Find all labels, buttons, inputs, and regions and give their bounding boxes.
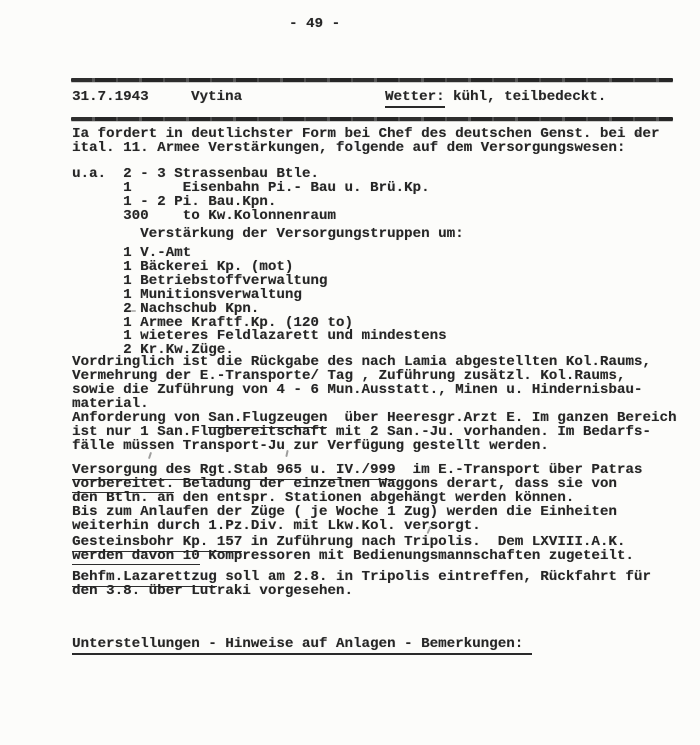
paragraph-vordringlich: Vordringlich ist die Rückgabe des nach L…	[72, 356, 651, 412]
text-line: den 3.8. über Lutraki vorgesehen.	[72, 585, 651, 599]
text-line: Verstärkung der Versorgungstruppen um:	[72, 228, 464, 242]
underlined-text: Unterstellungen - Hinweise auf Anlagen -…	[72, 636, 532, 655]
scanned-document-page: - 49 - 31.7.1943 Vytina Wetter: kühl, te…	[0, 0, 700, 745]
text-line: 300 to Kw.Kolonnenraum	[72, 210, 430, 224]
header-rule-bottom	[71, 117, 673, 121]
text-line: sowie die Zuführung von 4 - 6 Mun.Aussta…	[72, 384, 651, 398]
weather-value: kühl, teilbedeckt.	[453, 91, 606, 105]
paragraph-anforderung-san-flugzeuge: Anforderung von San.Flugzeugen über Heer…	[72, 412, 677, 454]
header-rule-top	[71, 78, 673, 82]
text-segment: 300 to Kw.Kolonnenraum	[72, 208, 336, 224]
text-segment: fälle müssen Transport-Ju zur Verfügung …	[72, 438, 549, 454]
list-versorgungstruppen: 1 V.-Amt 1 Bäckerei Kp. (mot) 1 Betriebs…	[72, 247, 447, 358]
paragraph-lazarettzug: Behfm.Lazarettzug soll am 2.8. in Tripol…	[72, 571, 651, 599]
underlined-text: werden davon 10	[72, 548, 200, 566]
text-segment: weiterhin durch 1.Pz.Div. mit Lkw.Kol. v…	[72, 518, 481, 534]
text-line: fälle müssen Transport-Ju zur Verfügung …	[72, 440, 677, 454]
paragraph-gesteinsbohr-kp: Gesteinsbohr Kp. 157 in Zuführung nach T…	[72, 536, 634, 564]
scan-artifact	[636, 132, 639, 136]
scan-artifact	[131, 310, 136, 312]
text-line: weiterhin durch 1.Pz.Div. mit Lkw.Kol. v…	[72, 520, 642, 534]
footer-unterstellungen: Unterstellungen - Hinweise auf Anlagen -…	[72, 638, 532, 652]
text-segment: ital. 11. Armee Verstärkungen, folgende …	[72, 140, 625, 156]
text-segment: Kompressoren mit Bedienungsmannschaften …	[200, 548, 634, 564]
weather-label: Wetter:	[385, 91, 445, 108]
entry-date: 31.7.1943	[72, 91, 149, 105]
paragraph-versorgung-rgt-stab: Versorgung des Rgt.Stab 965 u. IV./999 i…	[72, 464, 642, 534]
text-segment: den 3.8. über Lutraki vorgesehen.	[72, 583, 353, 599]
entry-location: Vytina	[191, 91, 242, 105]
text-line: Unterstellungen - Hinweise auf Anlagen -…	[72, 638, 532, 652]
page-number: - 49 -	[289, 18, 340, 32]
text-segment: sowie die Zuführung von 4 - 6 Mun.Aussta…	[72, 382, 642, 398]
text-line: ital. 11. Armee Verstärkungen, folgende …	[72, 142, 659, 156]
paragraph-ia-forderung: Ia fordert in deutlichster Form bei Chef…	[72, 128, 659, 156]
heading-verstaerkung: Verstärkung der Versorgungstruppen um:	[72, 228, 464, 242]
text-line: werden davon 10 Kompressoren mit Bedienu…	[72, 550, 634, 564]
text-segment: Verstärkung der Versorgungstruppen um:	[72, 226, 464, 242]
scan-artifact	[148, 452, 152, 459]
list-ua-forderungen: u.a. 2 - 3 Strassenbau Btle. 1 Eisenbahn…	[72, 168, 430, 224]
